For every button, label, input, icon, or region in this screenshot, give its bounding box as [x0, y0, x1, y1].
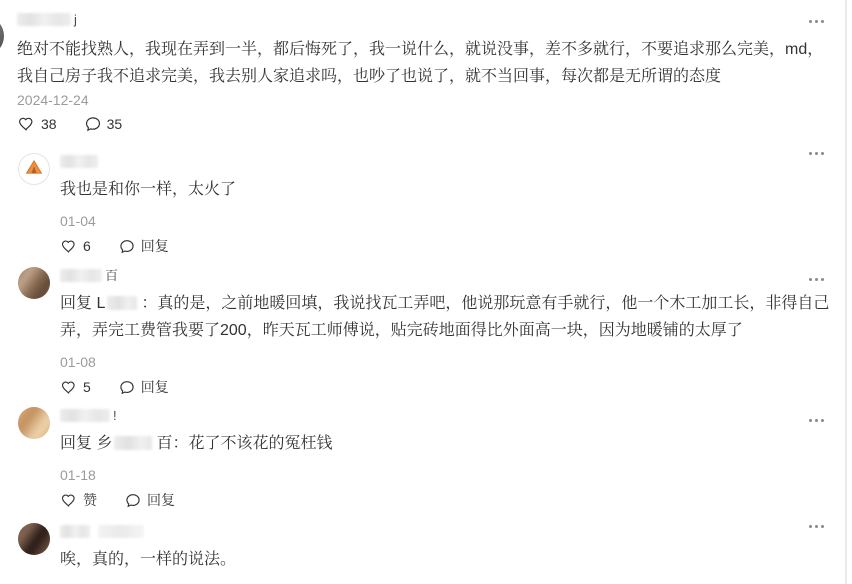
comment-text: 回复 乡百：花了不该花的冤枉钱: [60, 430, 836, 457]
avatar[interactable]: [18, 267, 50, 299]
username-suffix: j: [74, 13, 77, 26]
username-blur: [17, 13, 71, 26]
comment-text: 回复 L：真的是，之前地暖回填，我说找瓦工弄吧，他说那玩意有手就行，他一个木工加…: [60, 290, 836, 344]
reply-prefix: 回复: [60, 435, 92, 452]
reply-button[interactable]: 回复: [124, 490, 175, 510]
username-blur: [60, 269, 102, 282]
comment-date: 2024-12-24: [17, 91, 826, 110]
reply-text: ：真的是，之前地暖回填，我说找瓦工弄吧，他说那玩意有手就行，他一个木工加工长，非…: [60, 295, 829, 339]
avatar[interactable]: [18, 153, 50, 185]
heart-icon: [60, 379, 78, 396]
username-suffix: !: [113, 409, 117, 422]
reply-comment: 百 回复 L：真的是，之前地暖回填，我说找瓦工弄吧，他说那玩意有手就行，他一个木…: [0, 262, 852, 397]
comment-date: 01-18: [60, 466, 836, 485]
more-options-button[interactable]: [807, 521, 826, 532]
comment-thread: j 绝对不能找熟人，我现在弄到一半，都后悔死了，我一说什么，就说没事，差不多就行…: [0, 0, 852, 584]
comment-bubble-icon: [118, 238, 136, 255]
comment-bubble-icon: [118, 379, 136, 396]
ellipsis-icon: [809, 525, 812, 528]
username[interactable]: 百: [60, 268, 836, 283]
comment-count: 35: [107, 116, 123, 132]
username[interactable]: [60, 154, 836, 169]
reply-text: ：花了不该花的冤枉钱: [173, 435, 333, 452]
username-blur: [60, 409, 110, 422]
like-count: 38: [41, 116, 57, 132]
reply-label: 回复: [147, 490, 175, 510]
heart-icon: [60, 238, 78, 255]
reply-button[interactable]: 回复: [118, 236, 169, 256]
like-label: 赞: [83, 490, 97, 510]
comment-bubble-icon: [84, 115, 102, 133]
like-button[interactable]: 赞: [60, 490, 97, 510]
ellipsis-icon: [809, 278, 812, 281]
more-options-button[interactable]: [807, 148, 826, 159]
reply-comment: 我也是和你一样，太火了 01-04 6 回复: [0, 148, 852, 256]
like-button[interactable]: 38: [17, 115, 57, 133]
like-button[interactable]: 5: [60, 379, 91, 396]
comment-bubble-icon: [124, 492, 142, 509]
more-options-button[interactable]: [807, 16, 826, 27]
right-edge-divider: [845, 0, 847, 584]
username-blur: [60, 525, 90, 538]
mention-blur: [114, 436, 152, 450]
heart-icon: [17, 115, 36, 133]
comment-text: 唉，真的，一样的说法。: [60, 546, 836, 573]
username-blur: [60, 155, 98, 168]
like-count: 6: [83, 238, 91, 254]
mention[interactable]: 乡百: [96, 435, 172, 452]
ellipsis-icon: [809, 419, 812, 422]
comment-date: 01-04: [60, 212, 836, 231]
avatar[interactable]: [0, 16, 4, 56]
reply-prefix: 回复: [60, 295, 92, 312]
reply-button[interactable]: 35: [84, 115, 123, 133]
reply-comment: ! 回复 乡百：花了不该花的冤枉钱 01-18 赞 回复: [0, 402, 852, 510]
tent-triangle-icon: [24, 157, 44, 182]
avatar[interactable]: [18, 523, 50, 555]
heart-icon: [60, 492, 78, 509]
root-comment: j 绝对不能找熟人，我现在弄到一半，都后悔死了，我一说什么，就说没事，差不多就行…: [0, 8, 852, 133]
reply-label: 回复: [141, 377, 169, 397]
reply-comment: 唉，真的，一样的说法。: [0, 518, 852, 573]
mention-visible: L: [96, 295, 105, 312]
more-options-button[interactable]: [807, 415, 826, 426]
comment-text: 绝对不能找熟人，我现在弄到一半，都后悔死了，我一说什么，就说没事，差不多就行，不…: [17, 36, 826, 90]
comment-date: 01-08: [60, 353, 836, 372]
username[interactable]: !: [60, 408, 836, 423]
mention-suffix: 百: [156, 435, 172, 452]
ellipsis-icon: [809, 20, 812, 23]
like-button[interactable]: 6: [60, 238, 91, 255]
reply-label: 回复: [141, 236, 169, 256]
ellipsis-icon: [809, 152, 812, 155]
mention[interactable]: L: [96, 295, 141, 312]
mention-blur: [107, 296, 137, 310]
more-options-button[interactable]: [807, 274, 826, 285]
comment-text: 我也是和你一样，太火了: [60, 176, 836, 203]
username[interactable]: [60, 524, 836, 539]
reply-button[interactable]: 回复: [118, 377, 169, 397]
like-count: 5: [83, 379, 91, 395]
username-suffix: 百: [105, 269, 118, 282]
username-blur: [98, 525, 144, 538]
username[interactable]: j: [17, 12, 826, 27]
mention-visible: 乡: [96, 435, 112, 452]
avatar[interactable]: [18, 407, 50, 439]
